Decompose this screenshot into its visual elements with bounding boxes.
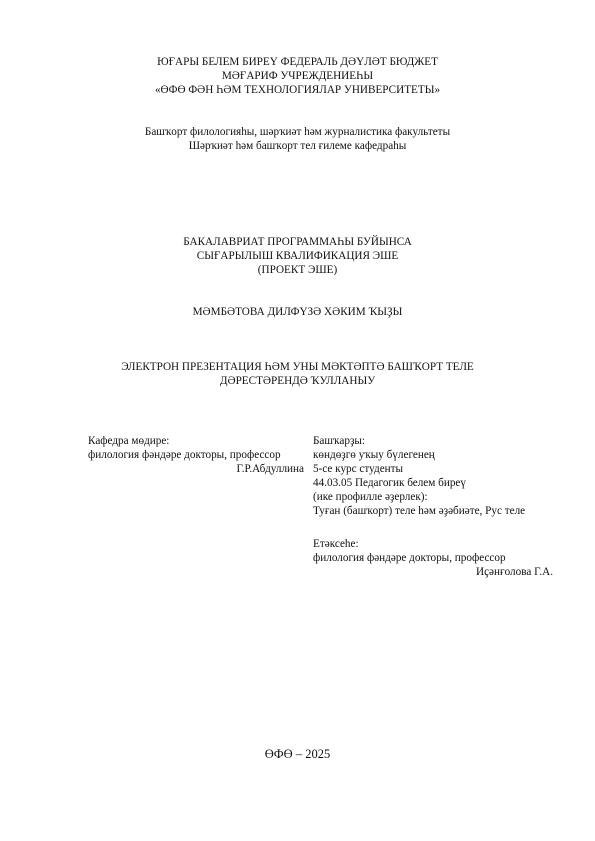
- head-of-department-name: Г.Р.Абдуллина: [88, 462, 304, 476]
- work-type-line: БАКАЛАВРИАТ ПРОГРАММАҺЫ БУЙЫНСА: [0, 235, 595, 249]
- thesis-title-line: ДӘРЕСТӘРЕНДӘ ҠУЛЛАНЫУ: [0, 374, 595, 388]
- spacer: [313, 518, 553, 537]
- thesis-title-line: ЭЛЕКТРОН ПРЕЗЕНТАЦИЯ ҺӘМ УНЫ МӘКТӘПТӘ БА…: [0, 360, 595, 374]
- header-line: «ӨФӨ ФӘН ҺӘМ ТЕХНОЛОГИЯЛАР УНИВЕРСИТЕТЫ»: [0, 83, 595, 97]
- header-line: МӘҒАРИФ УЧРЕЖДЕНИЕҺЫ: [0, 69, 595, 83]
- author-name: МӘМБӘТОВА ДИЛФҮЗӘ ХӘКИМ ҠЫҘЫ: [0, 305, 595, 319]
- supervisor-name: Иҫәнғолова Г.А.: [313, 565, 553, 579]
- work-type-line: СЫҒАРЫЛЫШ КВАЛИФИКАЦИЯ ЭШЕ: [0, 249, 595, 263]
- student-detail: (ике профилле әҙерлек):: [313, 490, 553, 504]
- student-label: Башҡарҙы:: [313, 434, 553, 448]
- city-year-text: ӨФӨ – 2025: [0, 747, 595, 761]
- author-name-text: МӘМБӘТОВА ДИЛФҮЗӘ ХӘКИМ ҠЫҘЫ: [0, 305, 595, 319]
- head-of-department-block: Кафедра мөдире: филология фәндәре доктор…: [88, 434, 304, 476]
- student-detail: Туған (башҡорт) теле һәм әҙәбиәте, Рус т…: [313, 504, 553, 518]
- supervisor-position: филология фәндәре докторы, профессор: [313, 551, 553, 565]
- city-year: ӨФӨ – 2025: [0, 747, 595, 761]
- student-detail: 44.03.05 Педагогик белем биреү: [313, 476, 553, 490]
- institution-header: ЮҒАРЫ БЕЛЕМ БИРЕҮ ФЕДЕРАЛЬ ДӘҮЛӘТ БЮДЖЕТ…: [0, 55, 595, 97]
- faculty-name: Башҡорт филологияһы, шәрҡиәт һәм журнали…: [0, 125, 595, 139]
- head-of-department-position: филология фәндәре докторы, профессор: [88, 448, 304, 462]
- work-type-line: (ПРОЕКТ ЭШЕ): [0, 263, 595, 277]
- head-of-department-label: Кафедра мөдире:: [88, 434, 304, 448]
- work-type: БАКАЛАВРИАТ ПРОГРАММАҺЫ БУЙЫНСА СЫҒАРЫЛЫ…: [0, 235, 595, 277]
- student-detail: көндөҙгө уҡыу бүлегенең: [313, 448, 553, 462]
- supervisor-label: Етәксеһе:: [313, 537, 553, 551]
- department-name: Шәрҡиәт һәм башҡорт тел ғилеме кафедраһы: [0, 139, 595, 153]
- thesis-title: ЭЛЕКТРОН ПРЕЗЕНТАЦИЯ ҺӘМ УНЫ МӘКТӘПТӘ БА…: [0, 360, 595, 388]
- student-supervisor-block: Башҡарҙы: көндөҙгө уҡыу бүлегенең 5-се к…: [313, 434, 553, 579]
- faculty-department: Башҡорт филологияһы, шәрҡиәт һәм журнали…: [0, 125, 595, 153]
- student-detail: 5-се курс студенты: [313, 462, 553, 476]
- header-line: ЮҒАРЫ БЕЛЕМ БИРЕҮ ФЕДЕРАЛЬ ДӘҮЛӘТ БЮДЖЕТ: [0, 55, 595, 69]
